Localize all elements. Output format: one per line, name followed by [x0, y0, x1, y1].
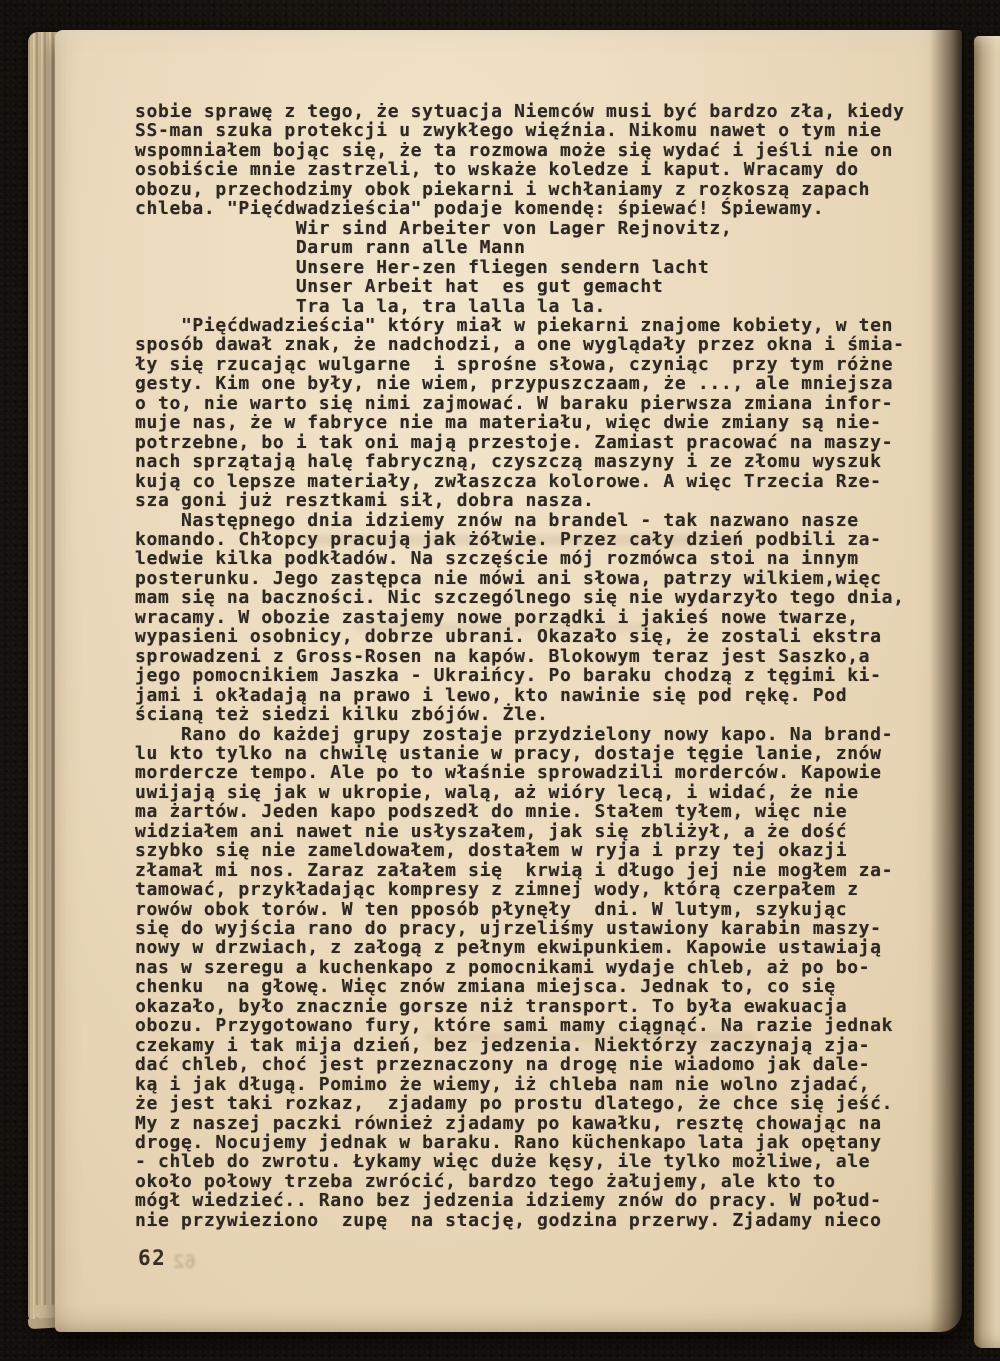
page-number: 62	[138, 1246, 166, 1270]
book-gutter-shadow	[930, 30, 964, 1334]
book-leaf-edges-left	[28, 32, 58, 1326]
typewritten-body-text: sobie sprawę z tego, że sytuacja Niemców…	[135, 102, 905, 1230]
book-page: sobie sprawę z tego, że sytuacja Niemców…	[55, 30, 962, 1332]
page-number-ghost: 62	[173, 1251, 196, 1273]
facing-page-edge	[974, 36, 1000, 1348]
